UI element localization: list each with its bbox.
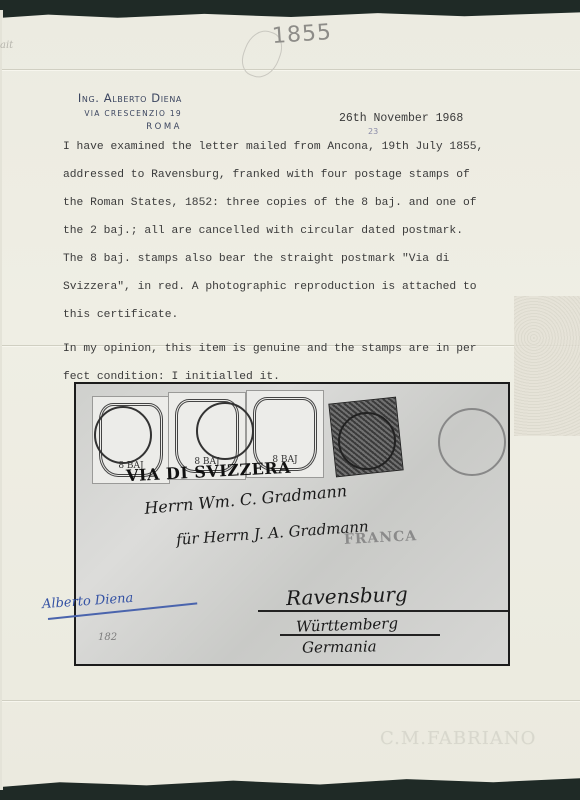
- address-line: für Herrn J. A. Gradmann: [176, 517, 370, 548]
- body-line: this certificate.: [63, 308, 543, 336]
- letterhead-city: ROMA: [56, 122, 182, 132]
- underline: [258, 610, 508, 612]
- cover-photograph: 8 BAJ 8 BAJ 8 BAJ VIA DI SVIZZERA FRANCA…: [74, 382, 510, 666]
- paper-watermark: C.M.FABRIANO: [380, 728, 536, 749]
- address-city: Ravensburg: [286, 582, 409, 610]
- body-line: the 2 baj.; all are cancelled with circu…: [63, 224, 543, 252]
- circular-postmark-icon: [338, 412, 396, 470]
- certificate-date: 26th November 1968: [339, 112, 463, 125]
- circular-postmark-icon: [94, 406, 152, 464]
- body-line: I have examined the letter mailed from A…: [63, 140, 543, 168]
- letterhead-address: VIA CRESCENZIO 19: [56, 109, 182, 118]
- body-line: the Roman States, 1852: three copies of …: [63, 196, 543, 224]
- fold-line-bottom: [2, 700, 580, 701]
- body-line: addressed to Ravensburg, franked with fo…: [63, 168, 543, 196]
- tape-residue: [514, 296, 580, 436]
- fold-line-top: [2, 69, 580, 70]
- letterhead: Ing. Alberto Diena VIA CRESCENZIO 19 ROM…: [56, 91, 182, 132]
- circular-postmark-icon: [196, 402, 254, 460]
- letterhead-name: Ing. Alberto Diena: [56, 91, 182, 105]
- opinion-line: In my opinion, this item is genuine and …: [63, 342, 543, 370]
- address-region: Württemberg: [296, 614, 399, 636]
- body-line: Svizzera", in red. A photographic reprod…: [63, 280, 543, 308]
- body-line: The 8 baj. stamps also bear the straight…: [63, 252, 543, 280]
- pencil-photo-number: 182: [98, 632, 117, 643]
- underline: [280, 634, 440, 636]
- circular-postmark-icon: [438, 408, 506, 476]
- address-line: Herrn Wm. C. Gradmann: [144, 481, 348, 518]
- pencil-margin-note: ait: [0, 40, 13, 51]
- pencil-year-note: 1855: [271, 20, 333, 49]
- address-country: Germania: [302, 637, 377, 656]
- pencil-date-correction: 23: [368, 127, 378, 136]
- certificate-body: I have examined the letter mailed from A…: [63, 140, 543, 398]
